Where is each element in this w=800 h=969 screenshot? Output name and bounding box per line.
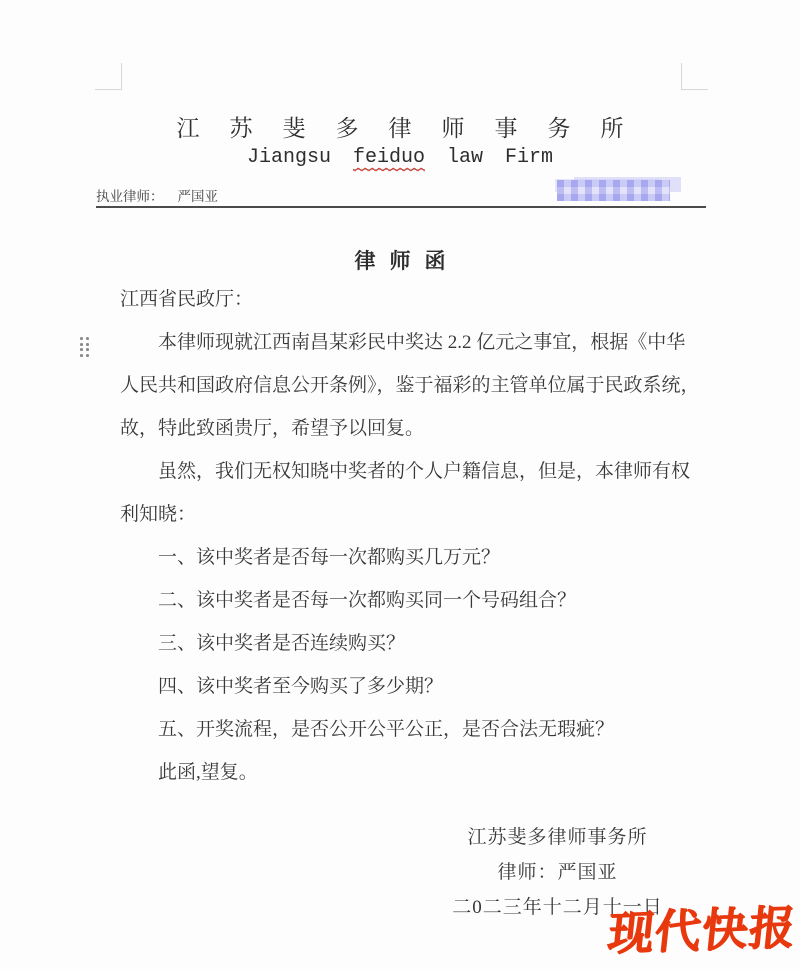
practicing-lawyer-label: 执业律师： bbox=[96, 189, 164, 204]
text-boundary-corner-mark-top-left-icon bbox=[95, 63, 122, 90]
redacted-contact-mosaic bbox=[557, 180, 670, 201]
practicing-lawyer-name: 严国亚 bbox=[178, 189, 219, 204]
closing-line: 此函,望复。 bbox=[120, 751, 695, 794]
page-title: 律师函 bbox=[0, 245, 800, 275]
spellcheck-underlined-word: feiduo bbox=[353, 146, 425, 170]
question-item: 一、该中奖者是否每一次都购买几万元？ bbox=[120, 536, 695, 579]
paragraph-line: 本律师现就江西南昌某彩民中奖达 2.2 亿元之事宜，根据《中华 bbox=[120, 321, 695, 364]
letterhead-firm-name-cn: 江苏斐多律师事务所 bbox=[0, 110, 800, 143]
firm-en-word: Firm bbox=[505, 146, 553, 169]
practicing-lawyer-line: 执业律师：严国亚 bbox=[96, 185, 218, 205]
paragraph-line: 利知晓： bbox=[120, 493, 695, 536]
question-item: 五、开奖流程，是否公开公平公正，是否合法无瑕疵？ bbox=[120, 708, 695, 751]
drag-handle-icon[interactable] bbox=[78, 336, 91, 358]
newspaper-watermark-logo: 现代快报 bbox=[605, 891, 800, 964]
letter-body: 江西省民政厅： 本律师现就江西南昌某彩民中奖达 2.2 亿元之事宜，根据《中华 … bbox=[120, 278, 695, 794]
signature-lawyer: 律师：严国亚 bbox=[420, 855, 695, 890]
question-item: 二、该中奖者是否每一次都购买同一个号码组合？ bbox=[120, 579, 695, 622]
letterhead-firm-name-en: JiangsufeiduolawFirm bbox=[0, 146, 800, 169]
letterhead-divider-rule bbox=[96, 206, 706, 208]
firm-en-word: law bbox=[447, 146, 483, 169]
question-item: 四、该中奖者至今购买了多少期？ bbox=[120, 665, 695, 708]
text-boundary-corner-mark-top-right-icon bbox=[681, 63, 708, 90]
signature-firm: 江苏斐多律师事务所 bbox=[420, 820, 695, 855]
letter-document-page: 江苏斐多律师事务所 JiangsufeiduolawFirm 执业律师：严国亚 … bbox=[0, 0, 800, 969]
paragraph-line: 虽然，我们无权知晓中奖者的个人户籍信息，但是，本律师有权 bbox=[120, 450, 695, 493]
paragraph-line: 故，特此致函贵厅，希望予以回复。 bbox=[120, 407, 695, 450]
question-item: 三、该中奖者是否连续购买？ bbox=[120, 622, 695, 665]
paragraph-line: 人民共和国政府信息公开条例》，鉴于福彩的主管单位属于民政系统， bbox=[120, 364, 695, 407]
firm-en-word: Jiangsu bbox=[247, 146, 331, 169]
salutation: 江西省民政厅： bbox=[120, 278, 695, 321]
